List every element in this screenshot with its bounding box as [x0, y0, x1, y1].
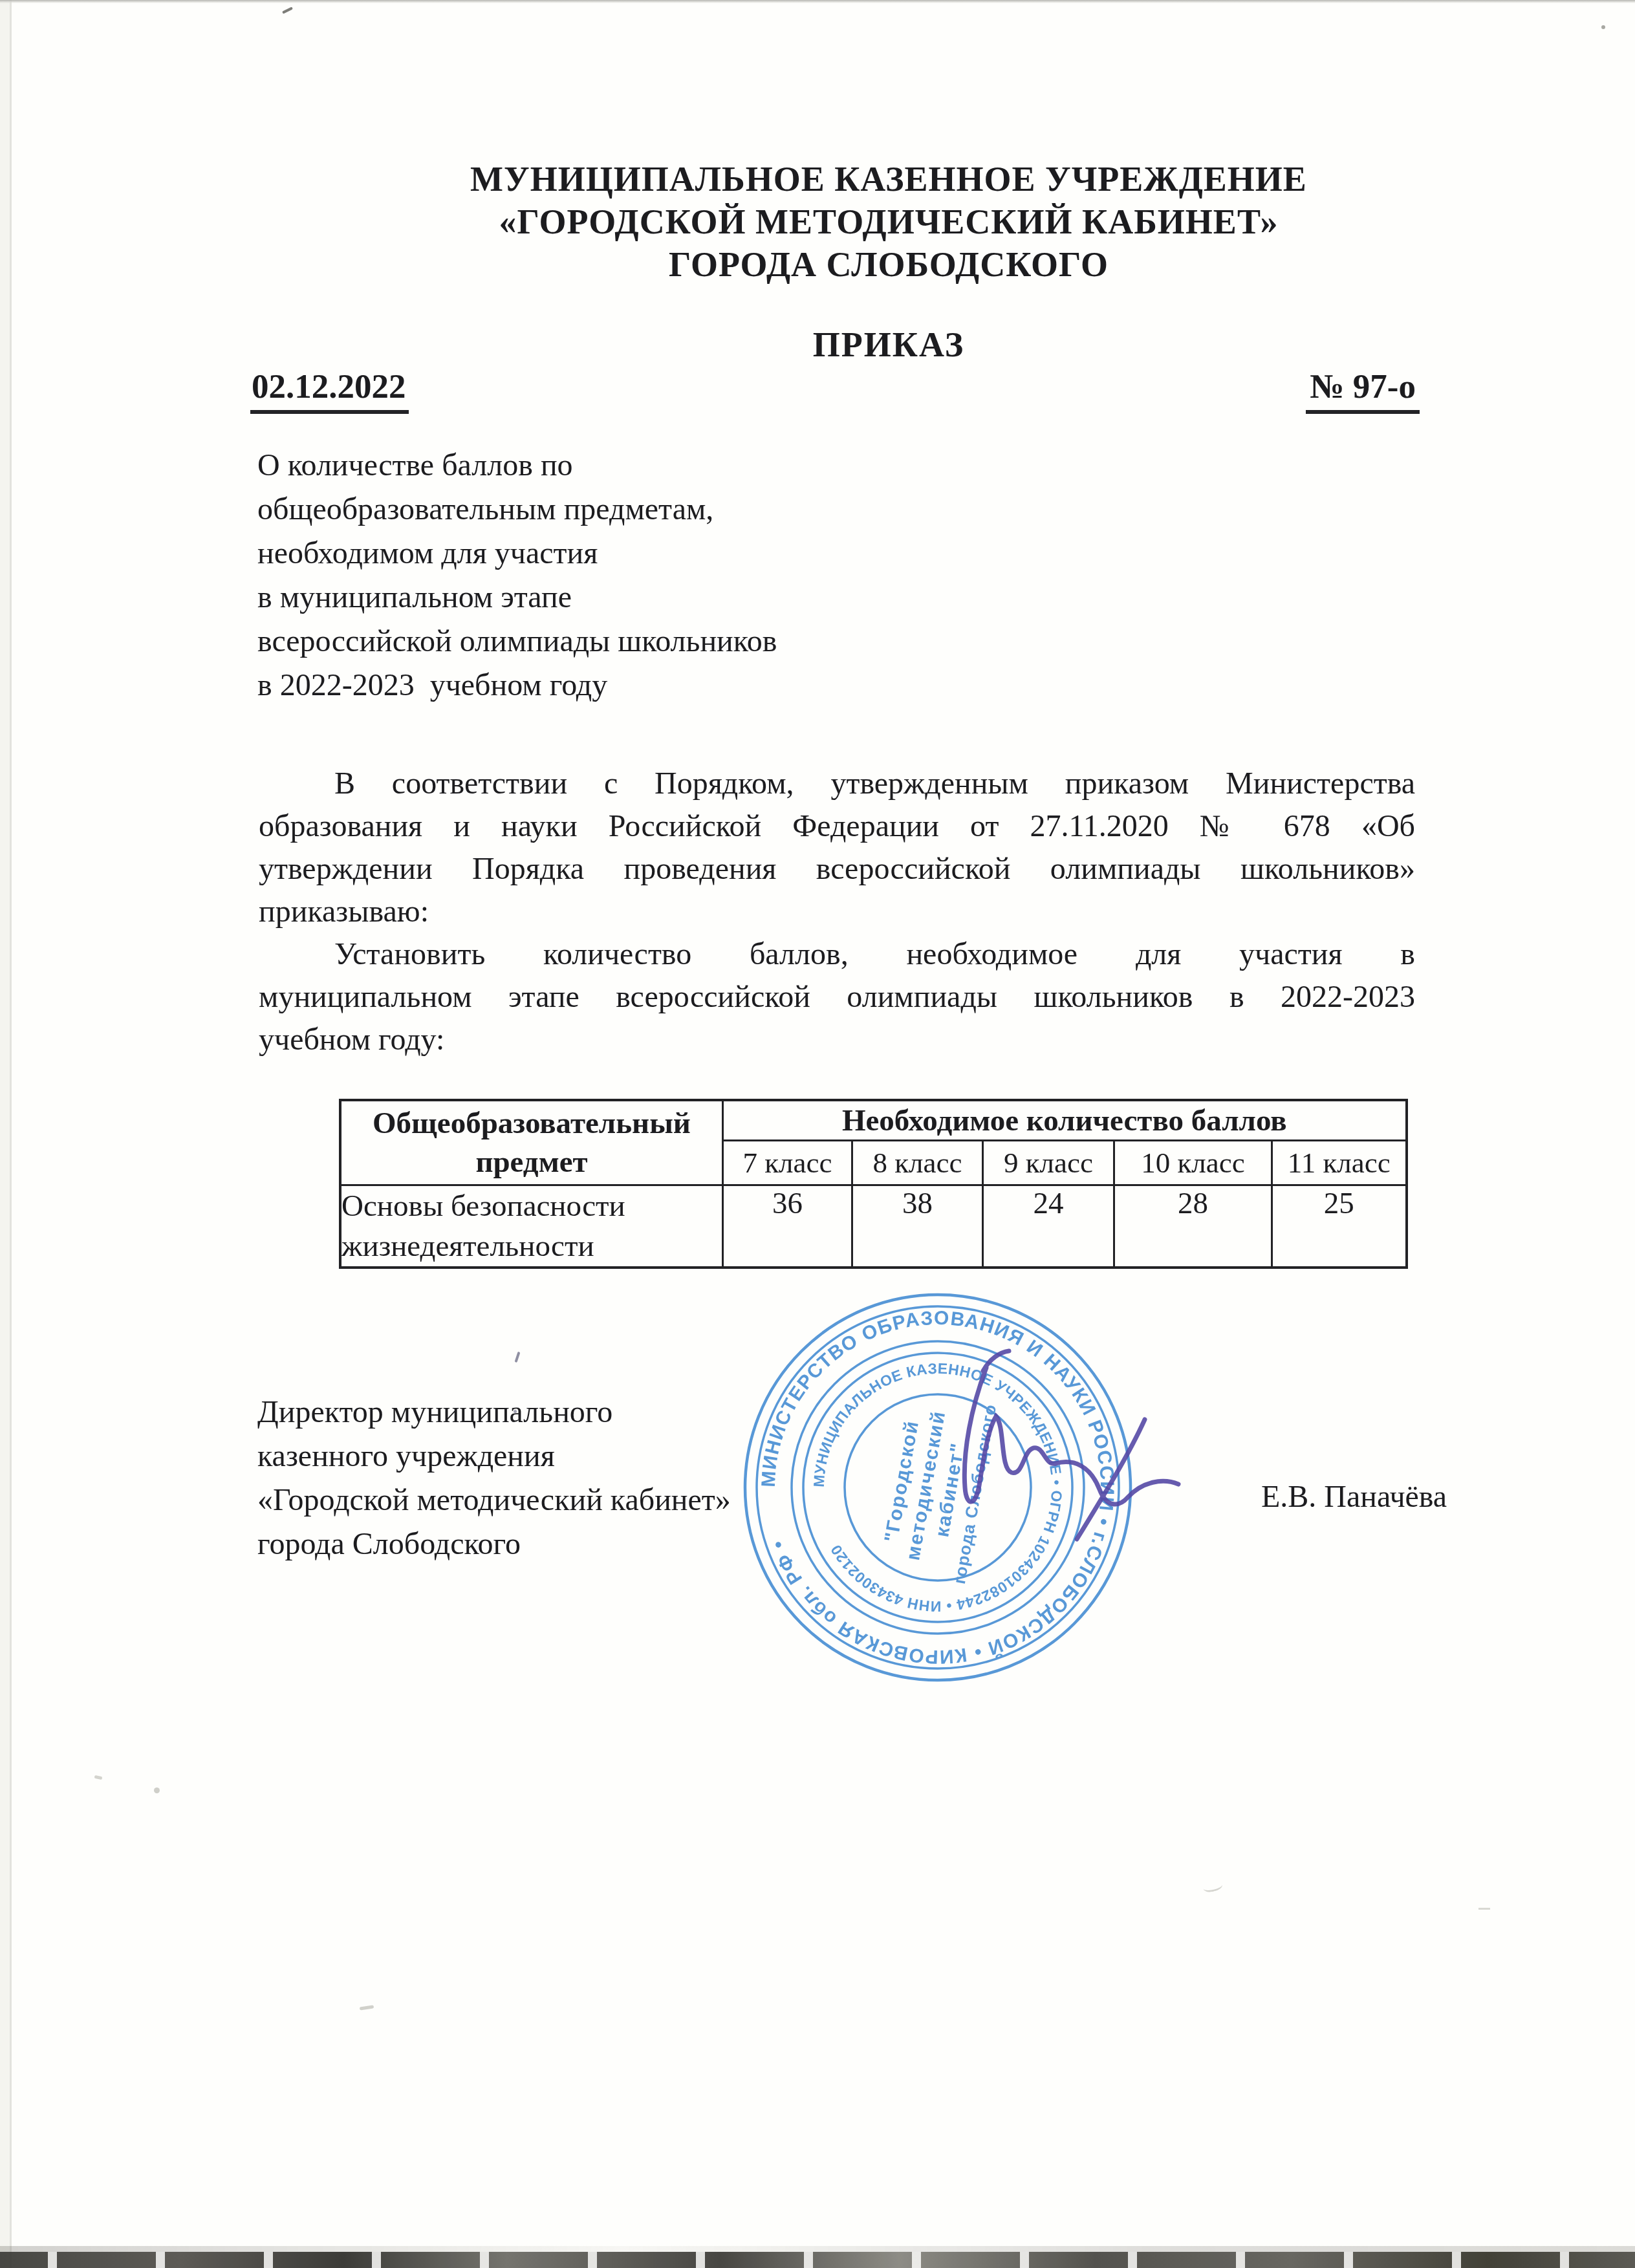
scan-speck — [1202, 1880, 1223, 1894]
scan-artifact-bottom-edge — [0, 2252, 1635, 2268]
scan-speck — [514, 1410, 517, 1413]
paragraph-line: утверждении Порядка проведения всероссий… — [259, 848, 1415, 891]
subject-line: общеобразовательным предметам, — [257, 488, 777, 532]
scanned-order-document: МУНИЦИПАЛЬНОЕ КАЗЕННОЕ УЧРЕЖДЕНИЕ «ГОРОД… — [0, 0, 1635, 2268]
subject-line: необходимом для участия — [257, 532, 777, 576]
scan-artifact-left-strip — [0, 0, 10, 2268]
class-header-9: 9 класс — [983, 1141, 1114, 1185]
signer-title-line: казенного учреждения — [257, 1434, 731, 1478]
signer-name: Е.В. Паначёва — [1261, 1476, 1447, 1518]
subject-line: О количестве баллов по — [257, 444, 777, 488]
scan-speck — [94, 1775, 103, 1780]
score-grade9: 24 — [983, 1185, 1114, 1268]
subject-cell: Основы безопасности жизнедеятельности — [340, 1185, 723, 1268]
document-date: 02.12.2022 — [250, 366, 409, 414]
signer-title-line: Директор муниципального — [257, 1390, 731, 1434]
paragraph-line: Установить количество баллов, необходимо… — [259, 933, 1415, 976]
paragraph-line: приказываю: — [259, 891, 1415, 933]
class-header-11: 11 класс — [1272, 1141, 1407, 1185]
subject-line: в муниципальном этапе — [257, 576, 777, 620]
score-grade8: 38 — [852, 1185, 983, 1268]
scan-speck — [282, 6, 293, 14]
class-header-10: 10 класс — [1114, 1141, 1272, 1185]
scan-artifact-left-edge — [10, 0, 12, 2268]
document-type-title: ПРИКАЗ — [142, 323, 1635, 366]
signer-title-line: города Слободского — [257, 1522, 731, 1566]
signer-title-line: «Городской методический кабинет» — [257, 1478, 731, 1522]
paragraph-line: образования и науки Российской Федерации… — [259, 805, 1415, 848]
score-grade7: 36 — [723, 1185, 852, 1268]
scan-artifact-top-edge — [0, 0, 1635, 3]
class-header-8: 8 класс — [852, 1141, 983, 1185]
table-data-row: Основы безопасности жизнедеятельности 36… — [340, 1185, 1407, 1268]
scan-speck — [1601, 25, 1605, 29]
org-name-line3: ГОРОДА СЛОБОДСКОГО — [142, 243, 1635, 286]
official-stamp: МИНИСТЕРСТВО ОБРАЗОВАНИЯ И НАУКИ РОССИИ … — [731, 1284, 1222, 1698]
score-grade11: 25 — [1272, 1185, 1407, 1268]
stamp-rings — [745, 1295, 1131, 1680]
subject-block: О количестве баллов по общеобразовательн… — [257, 444, 777, 707]
subject-column-header: Общеобразовательный предмет — [340, 1100, 723, 1185]
signature-block: Директор муниципального казенного учрежд… — [257, 1390, 731, 1566]
class-header-7: 7 класс — [723, 1141, 852, 1185]
org-name-line1: МУНИЦИПАЛЬНОЕ КАЗЕННОЕ УЧРЕЖДЕНИЕ — [142, 158, 1635, 200]
paragraph-line: учебном году: — [259, 1019, 1415, 1061]
paragraph-line: В соответствии с Порядком, утвержденным … — [259, 762, 1415, 805]
body-paragraph-1: В соответствии с Порядком, утвержденным … — [259, 762, 1415, 933]
stamp-center-text: "Городской методический кабинет" города … — [876, 1389, 1001, 1585]
subject-line: всероссийской олимпиады школьников — [257, 620, 777, 664]
table-header-row-1: Общеобразовательный предмет Необходимое … — [340, 1100, 1407, 1141]
scores-table: Общеобразовательный предмет Необходимое … — [339, 1099, 1408, 1269]
scan-speck — [154, 1787, 160, 1793]
org-name-line2: «ГОРОДСКОЙ МЕТОДИЧЕСКИЙ КАБИНЕТ» — [142, 200, 1635, 243]
scan-speck — [1478, 1908, 1490, 1910]
body-paragraph-2: Установить количество баллов, необходимо… — [259, 933, 1415, 1061]
score-grade10: 28 — [1114, 1185, 1272, 1268]
scan-speck — [514, 1352, 520, 1363]
scan-speck — [360, 2005, 374, 2010]
group-header: Необходимое количество баллов — [723, 1100, 1407, 1141]
org-header: МУНИЦИПАЛЬНОЕ КАЗЕННОЕ УЧРЕЖДЕНИЕ «ГОРОД… — [142, 158, 1635, 286]
paragraph-line: муниципальном этапе всероссийской олимпи… — [259, 976, 1415, 1019]
stamp-middle-ring-text: МУНИЦИПАЛЬНОЕ КАЗЕННОЕ УЧРЕЖДЕНИЕ • ОГРН… — [810, 1360, 1065, 1615]
subject-line: в 2022-2023 учебном году — [257, 664, 777, 707]
document-number: № 97-о — [1306, 366, 1420, 414]
